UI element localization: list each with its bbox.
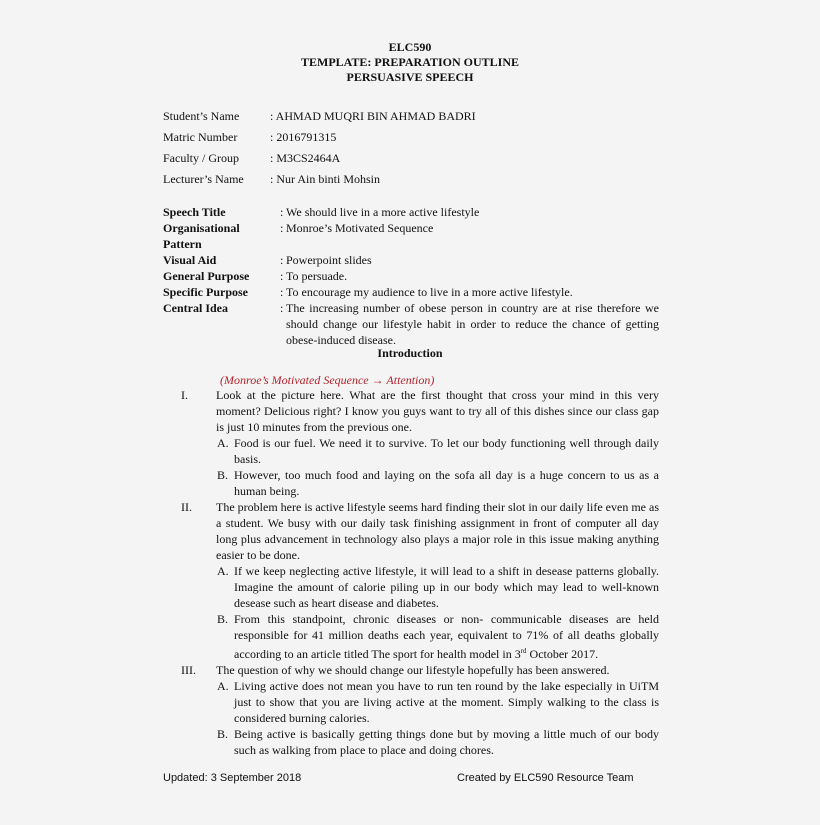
point-text: The question of why we should change our… [216, 662, 659, 678]
main-point: III.The question of why we should change… [181, 662, 659, 678]
sub-point: A.If we keep neglecting active lifestyle… [217, 563, 659, 611]
letter: A. [217, 435, 234, 467]
info-label: Lecturer’s Name [163, 171, 270, 192]
detail-label: Speech Title [163, 204, 280, 220]
sub-point-text: From this standpoint, chronic diseases o… [234, 611, 659, 662]
footer-updated: Updated: 3 September 2018 [163, 772, 301, 784]
info-label: Student’s Name [163, 108, 270, 129]
speech-details: Speech Title:We should live in a more ac… [163, 204, 659, 348]
detail-row: Specific Purpose:To encourage my audienc… [163, 284, 659, 300]
numeral: II. [181, 499, 216, 563]
sequence-note: (Monroe’s Motivated Sequence → Attention… [220, 373, 434, 388]
document-header: ELC590 TEMPLATE: PREPARATION OUTLINE PER… [0, 40, 820, 85]
detail-value: The increasing number of obese person in… [286, 300, 659, 348]
main-point: I.Look at the picture here. What are the… [181, 387, 659, 435]
sub-point-text: However, too much food and laying on the… [234, 467, 659, 499]
detail-row: Central Idea:The increasing number of ob… [163, 300, 659, 348]
info-row: Matric Number: 2016791315 [163, 129, 476, 150]
course-code: ELC590 [0, 40, 820, 55]
info-value: : M3CS2464A [270, 150, 340, 171]
document-page: ELC590 TEMPLATE: PREPARATION OUTLINE PER… [0, 0, 820, 825]
letter: B. [217, 726, 234, 758]
sub-point-text: Being active is basically getting things… [234, 726, 659, 758]
speech-type: PERSUASIVE SPEECH [0, 70, 820, 85]
detail-value: To encourage my audience to live in a mo… [286, 284, 659, 300]
numeral: III. [181, 662, 216, 678]
detail-label: General Purpose [163, 268, 280, 284]
sub-point: B.However, too much food and laying on t… [217, 467, 659, 499]
sub-point: A.Living active does not mean you have t… [217, 678, 659, 726]
main-point: II.The problem here is active lifestyle … [181, 499, 659, 563]
sub-point-text: Food is our fuel. We need it to survive.… [234, 435, 659, 467]
section-heading: Introduction [0, 346, 820, 361]
student-info: Student’s Name: AHMAD MUQRI BIN AHMAD BA… [163, 108, 476, 192]
detail-row: Speech Title:We should live in a more ac… [163, 204, 659, 220]
detail-row: General Purpose:To persuade. [163, 268, 659, 284]
template-title: TEMPLATE: PREPARATION OUTLINE [0, 55, 820, 70]
info-label: Faculty / Group [163, 150, 270, 171]
letter: B. [217, 467, 234, 499]
footer-created-by: Created by ELC590 Resource Team [457, 772, 634, 784]
point-text: The problem here is active lifestyle see… [216, 499, 659, 563]
letter: B. [217, 611, 234, 662]
info-row: Faculty / Group: M3CS2464A [163, 150, 476, 171]
detail-label: Visual Aid [163, 252, 280, 268]
sub-point-text: If we keep neglecting active lifestyle, … [234, 563, 659, 611]
sub-point: A.Food is our fuel. We need it to surviv… [217, 435, 659, 467]
info-row: Lecturer’s Name: Nur Ain binti Mohsin [163, 171, 476, 192]
info-value: : Nur Ain binti Mohsin [270, 171, 380, 192]
detail-label: Organisational Pattern [163, 220, 280, 252]
info-row: Student’s Name: AHMAD MUQRI BIN AHMAD BA… [163, 108, 476, 129]
letter: A. [217, 563, 234, 611]
numeral: I. [181, 387, 216, 435]
detail-value: To persuade. [286, 268, 659, 284]
info-value: : 2016791315 [270, 129, 336, 150]
sub-point: B.From this standpoint, chronic diseases… [217, 611, 659, 662]
outline: I.Look at the picture here. What are the… [181, 387, 659, 758]
sub-point: B.Being active is basically getting thin… [217, 726, 659, 758]
detail-label: Central Idea [163, 300, 280, 348]
sub-point-text: Living active does not mean you have to … [234, 678, 659, 726]
info-value: : AHMAD MUQRI BIN AHMAD BADRI [270, 108, 476, 129]
detail-label: Specific Purpose [163, 284, 280, 300]
point-text: Look at the picture here. What are the f… [216, 387, 659, 435]
letter: A. [217, 678, 234, 726]
detail-value: Monroe’s Motivated Sequence [286, 220, 659, 252]
detail-row: Visual Aid:Powerpoint slides [163, 252, 659, 268]
detail-value: Powerpoint slides [286, 252, 659, 268]
detail-value: We should live in a more active lifestyl… [286, 204, 659, 220]
info-label: Matric Number [163, 129, 270, 150]
detail-row: Organisational Pattern:Monroe’s Motivate… [163, 220, 659, 252]
